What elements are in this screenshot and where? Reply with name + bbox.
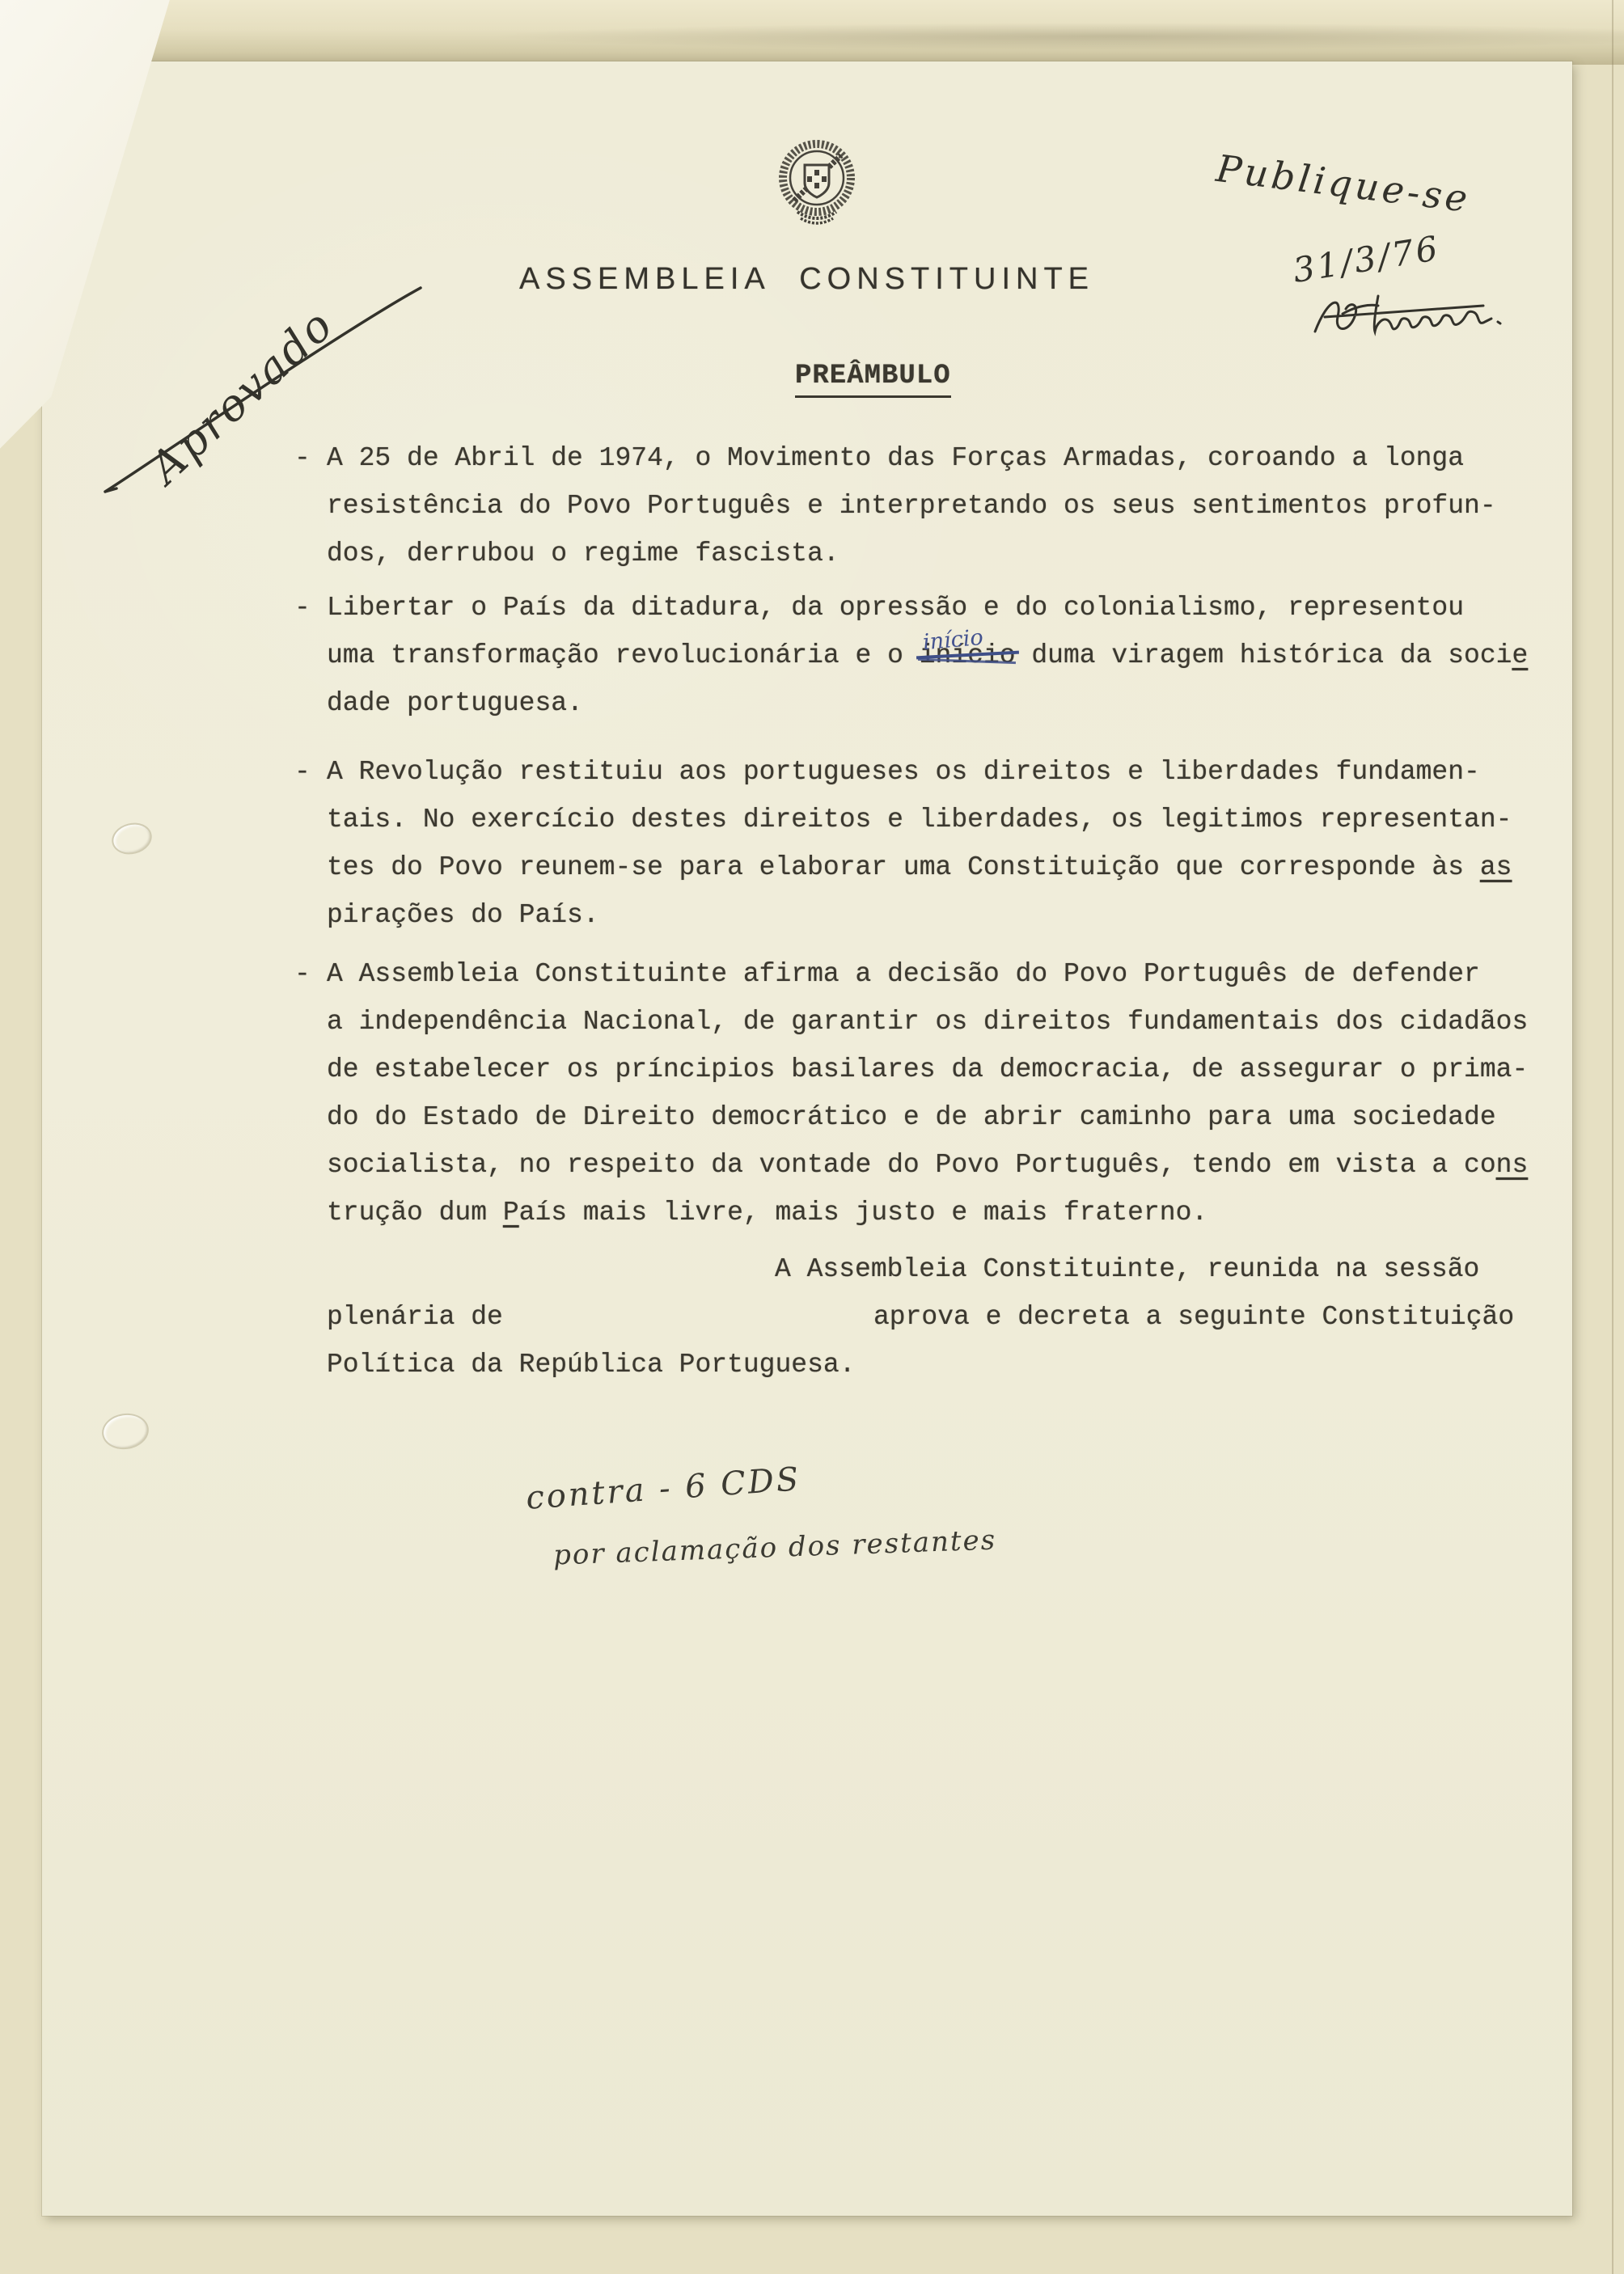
typed-line: do do Estado de Direito democrático e de… bbox=[327, 1093, 1528, 1141]
typed-line: A 25 de Abril de 1974, o Movimento das F… bbox=[327, 434, 1496, 482]
typed-line: resistência do Povo Português e interpre… bbox=[327, 482, 1496, 530]
typed-segment-u: P bbox=[503, 1198, 519, 1228]
closing-line-right: aprova e decreta a seguinte Constituição bbox=[873, 1293, 1514, 1341]
paper-shadow bbox=[485, 23, 1624, 50]
typed-line: de estabelecer os príncipios basilares d… bbox=[327, 1046, 1528, 1093]
typed-line: a independência Nacional, de garantir os… bbox=[327, 998, 1528, 1046]
typed-paragraph: - A Revolução restituiu aos portugueses … bbox=[327, 748, 1512, 939]
typed-line: A Assembleia Constituinte afirma a decis… bbox=[327, 950, 1528, 998]
closing-line: A Assembleia Constituinte, reunida na se… bbox=[775, 1245, 1479, 1293]
typed-segment: socialista, no respeito da vontade do Po… bbox=[327, 1150, 1496, 1180]
typed-line: tais. No exercício destes direitos e lib… bbox=[327, 796, 1512, 843]
paragraph-dash: - bbox=[294, 748, 311, 796]
typed-segment: tes do Povo reunem-se para elaborar uma … bbox=[327, 852, 1480, 882]
typed-line: tes do Povo reunem-se para elaborar uma … bbox=[327, 843, 1512, 891]
typed-line: A Revolução restituiu aos portugueses os… bbox=[327, 748, 1512, 796]
closing-line: Política da República Portuguesa. bbox=[327, 1341, 856, 1388]
typed-segment-u: as bbox=[1480, 852, 1512, 882]
typed-segment-u: ns bbox=[1496, 1150, 1529, 1180]
typed-line: pirações do País. bbox=[327, 891, 1512, 939]
typed-paragraph: - Libertar o País da ditadura, da opress… bbox=[327, 584, 1528, 727]
typed-paragraph: - A Assembleia Constituinte afirma a dec… bbox=[327, 950, 1528, 1236]
typed-line: Libertar o País da ditadura, da opressão… bbox=[327, 584, 1528, 632]
typed-paragraph: - A 25 de Abril de 1974, o Movimento das… bbox=[327, 434, 1496, 577]
paragraph-dash: - bbox=[294, 584, 311, 632]
typed-line: socialista, no respeito da vontade do Po… bbox=[327, 1141, 1528, 1189]
under-sheet-edge bbox=[1612, 0, 1613, 2274]
closing-line-left: plenária de bbox=[327, 1293, 503, 1341]
typed-segment: trução dum bbox=[327, 1198, 503, 1228]
typed-line: dade portuguesa. bbox=[327, 679, 1528, 727]
organization-title: ASSEMBLEIA CONSTITUINTE bbox=[519, 262, 1094, 297]
paragraph-dash: - bbox=[294, 950, 311, 998]
scanned-document: ASSEMBLEIA CONSTITUINTE PREÂMBULO - A 25… bbox=[0, 0, 1624, 2274]
page-title: PREÂMBULO bbox=[795, 361, 951, 398]
typed-line: trução dum País mais livre, mais justo e… bbox=[327, 1189, 1528, 1236]
typed-segment: uma transformação revolucionária e o bbox=[327, 640, 920, 670]
handwritten-approval-annotation: Aprovado bbox=[95, 277, 443, 507]
typed-segment: aís mais livre, mais justo e mais frater… bbox=[519, 1198, 1208, 1228]
typed-segment: duma viragem histórica da soci bbox=[1016, 640, 1512, 670]
signature-scribble-icon bbox=[1300, 281, 1519, 358]
typed-line: dos, derrubou o regime fascista. bbox=[327, 530, 1496, 577]
typed-segment-u: e bbox=[1512, 640, 1528, 670]
blue-ink-correction: início bbox=[922, 625, 984, 655]
coat-of-arms-icon bbox=[775, 133, 859, 250]
